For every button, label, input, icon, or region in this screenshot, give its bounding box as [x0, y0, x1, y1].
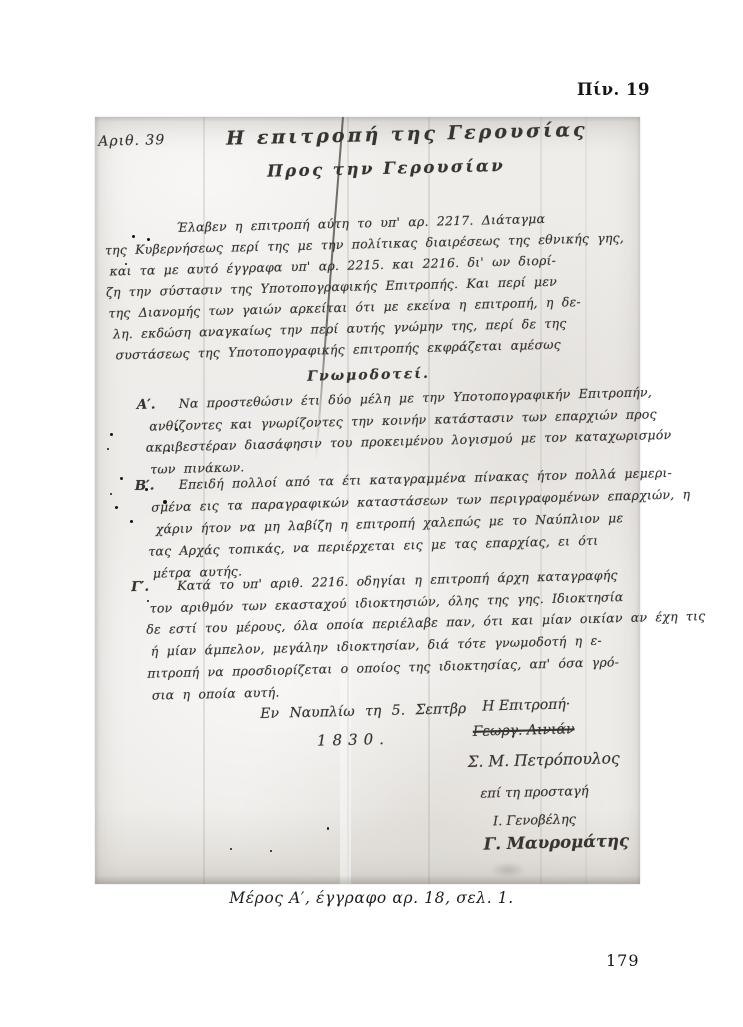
body-line: σια η οποία αυτή. [152, 685, 280, 703]
body-line: ή μίαν άμπελον, μεγάλην ιδιοκτησίαν, διά… [151, 633, 602, 659]
signature-heading: Η Επιτροπή· [482, 696, 570, 714]
plate-label: Πίν. 19 [577, 80, 650, 99]
section-heading: Γνωμοδοτεί. [307, 366, 430, 385]
document-title-line1: Η επιτροπή της Γερουσίας [226, 119, 588, 150]
dateline: Εν Ναυπλίω τη 5. Σεπτβρ [260, 701, 466, 722]
signature-name: Ι. Γενοβέλης [493, 812, 576, 829]
signature-secretary-note: επί τη προσταγή [480, 784, 589, 802]
body-line: Να προστεθώσιν έτι δύο μέλη με την Υποτο… [179, 384, 653, 411]
item-label-beta: Β′. [135, 478, 155, 494]
caption: Μέρος Α′, έγγραφο αρ. 18, σελ. 1. [0, 889, 743, 907]
document-title-line2: Προς την Γερουσίαν [267, 156, 506, 181]
body-line: των πινάκων. [150, 459, 245, 476]
body-line: συστάσεως της Υποτοπογραφικής επιτροπής … [115, 337, 561, 363]
signature-name: Γ. Μαυρομάτης [483, 831, 629, 854]
year: 1830. [317, 730, 390, 750]
signature-crossed-out: Γεωργ. Αινιάν [473, 721, 575, 739]
signature-name: Σ. Μ. Πετρόπουλος [467, 749, 620, 771]
manuscript-scan: Αριθ. 39 Η επιτροπή της Γερουσίας Προς τ… [95, 117, 640, 884]
handwriting-layer: Αριθ. 39 Η επιτροπή της Γερουσίας Προς τ… [86, 105, 650, 885]
book-page: Πίν. 19 Αριθ. 39 Η επιτροπή της Γερ [0, 0, 743, 1027]
body-line: Έλαβεν η επιτροπή αύτη το υπ' αρ. 2217. … [176, 211, 545, 235]
body-line: τας Αρχάς τοπικάς, να περιέρχεται εις με… [148, 533, 598, 559]
item-label-gamma: Γ′. [131, 579, 149, 595]
body-line: χάριν ήτον να μη λαβίζη η επιτροπή χαλεπ… [156, 510, 624, 536]
body-line: πιτροπή να προσδιορίζεται ο οποίος της ι… [147, 654, 619, 681]
body-line: Κατά το υπ' αριθ. 2216. οδηγίαι η επιτρο… [177, 567, 618, 593]
item-label-alpha: Α′. [137, 396, 156, 412]
document-ref-number: Αριθ. 39 [98, 132, 165, 150]
page-number: 179 [606, 951, 640, 970]
